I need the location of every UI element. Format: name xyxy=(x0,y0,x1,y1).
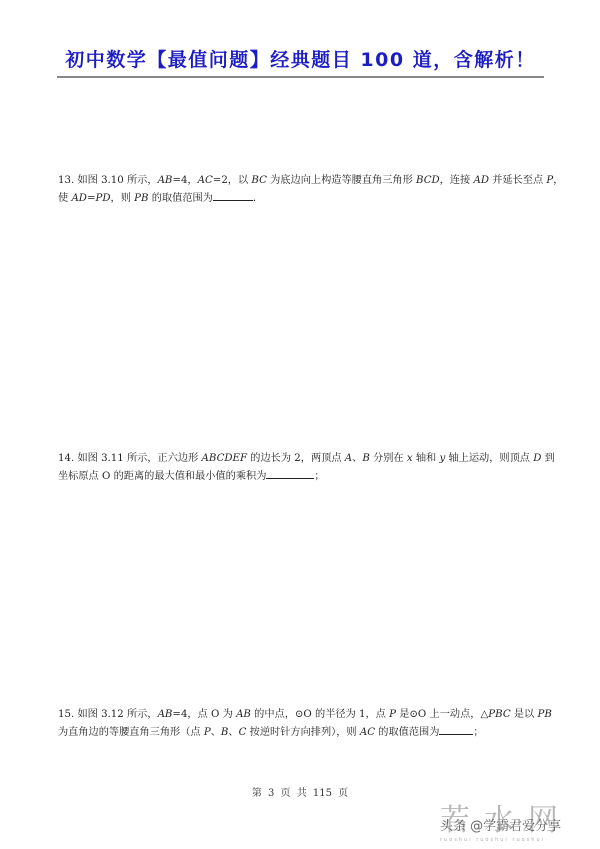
text: 如图 3.11 所示，正六边形 xyxy=(77,453,201,464)
text: =2，以 xyxy=(213,175,252,186)
text: 、 xyxy=(228,727,238,738)
math-var: AC xyxy=(198,175,213,186)
math-var: AB xyxy=(158,175,173,186)
math-var: AC xyxy=(360,727,375,738)
text: 、 xyxy=(352,453,362,464)
text: =4， xyxy=(172,175,197,186)
question-13-line-1: 13. 如图 3.10 所示，AB=4，AC=2，以 BC 为底边向上构造等腰直… xyxy=(58,172,548,190)
math-var: AB xyxy=(158,709,173,720)
text: 并延长至点 xyxy=(489,175,546,186)
text: 使 xyxy=(58,193,71,204)
math-var: PB xyxy=(134,193,148,204)
text: ，则 xyxy=(111,193,135,204)
text: 是⊙O 上一动点，△ xyxy=(396,709,488,720)
text: ，连接 xyxy=(440,175,474,186)
text: 到 xyxy=(541,453,554,464)
text: 的中点，⊙O 的半径为 1，点 xyxy=(251,709,389,720)
text: ； xyxy=(473,727,483,738)
math-var: B xyxy=(362,453,370,464)
text: 轴和 xyxy=(413,453,440,464)
math-var: P xyxy=(204,727,211,738)
document-title: 初中数学【最值问题】经典题目 100 道，含解析！ xyxy=(57,45,544,72)
text: 、 xyxy=(211,727,221,738)
math-var: P xyxy=(389,709,396,720)
question-14-line-1: 14. 如图 3.11 所示，正六边形 ABCDEF 的边长为 2，两顶点 A、… xyxy=(58,450,548,468)
text: 按逆时针方向排列），则 xyxy=(246,727,359,738)
math-var: PD xyxy=(96,193,111,204)
text: 如图 3.10 所示， xyxy=(77,175,157,186)
text: 轴上运动，则顶点 xyxy=(445,453,533,464)
math-var: AB xyxy=(236,709,251,720)
question-13-line-2: 使 AD=PD，则 PB 的取值范围为． xyxy=(58,190,548,208)
math-var: BCD xyxy=(416,175,440,186)
watermark-caption: ruoshui ruoshui ruoshui xyxy=(440,837,545,843)
question-number: 13. xyxy=(58,175,74,186)
question-15-line-1: 15. 如图 3.12 所示，AB=4，点 O 为 AB 的中点，⊙O 的半径为… xyxy=(58,706,548,724)
math-var: ABCDEF xyxy=(202,453,248,464)
answer-blank xyxy=(213,190,253,201)
math-var: AD xyxy=(473,175,489,186)
text: 的取值范围为 xyxy=(375,727,439,738)
math-var: AD xyxy=(71,193,87,204)
watermark: 若水网 头条 @学霸君爱分享 ruoshui ruoshui ruoshui xyxy=(440,795,600,849)
question-14: 14. 如图 3.11 所示，正六边形 ABCDEF 的边长为 2，两顶点 A、… xyxy=(58,450,548,486)
text: 坐标原点 O 的距离的最大值和最小值的乘积为 xyxy=(58,471,266,482)
text: 的边长为 2，两顶点 xyxy=(247,453,345,464)
math-var: PB xyxy=(537,709,551,720)
text: 如图 3.12 所示， xyxy=(77,709,157,720)
text: 为底边向上构造等腰直角三角形 xyxy=(267,175,416,186)
question-15: 15. 如图 3.12 所示，AB=4，点 O 为 AB 的中点，⊙O 的半径为… xyxy=(58,706,548,742)
text: = xyxy=(87,193,96,204)
title-underline xyxy=(57,76,544,78)
question-15-line-2: 为直角边的等腰直角三角形（点 P、B、C 按逆时针方向排列），则 AC 的取值范… xyxy=(58,724,548,742)
answer-blank xyxy=(266,468,314,479)
text: 的取值范围为 xyxy=(149,193,213,204)
text: ． xyxy=(253,193,263,204)
text: ， xyxy=(553,175,563,186)
math-var: BC xyxy=(251,175,266,186)
answer-blank xyxy=(439,724,473,735)
question-14-line-2: 坐标原点 O 的距离的最大值和最小值的乘积为； xyxy=(58,468,548,486)
math-var: PBC xyxy=(488,709,510,720)
text: 是以 xyxy=(511,709,538,720)
text: 分别在 xyxy=(370,453,407,464)
question-number: 14. xyxy=(58,453,74,464)
text: ； xyxy=(314,471,324,482)
watermark-author: 头条 @学霸君爱分享 xyxy=(440,815,561,834)
text: =4，点 O 为 xyxy=(172,709,236,720)
question-13: 13. 如图 3.10 所示，AB=4，AC=2，以 BC 为底边向上构造等腰直… xyxy=(58,172,548,208)
text: 为直角边的等腰直角三角形（点 xyxy=(58,727,204,738)
question-number: 15. xyxy=(58,709,74,720)
